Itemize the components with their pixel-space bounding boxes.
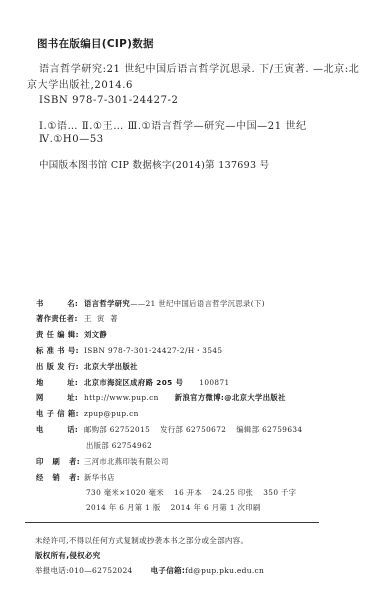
distributor-value: 新华书店 xyxy=(84,473,115,482)
format-words: 350 千字 xyxy=(263,488,296,497)
title-main: 语言哲学研究 xyxy=(84,299,130,308)
imprint-phone-row-2: 出版部 62754962 xyxy=(86,441,152,451)
format-kai: 16 开本 xyxy=(174,488,202,497)
imprint-publisher-row: 出 版 发 行:北京大学出版社 xyxy=(36,362,138,372)
cip-heading: 图书在版编目(CIP)数据 xyxy=(37,36,154,51)
cip-book-info-line1: 语言哲学研究:21 世纪中国后语言哲学沉思录. 下/王寅著. —北京:北 xyxy=(39,60,359,75)
imprint-phone-row: 电 话:邮购部 62752015发行部 62750672编辑部 62759634 xyxy=(36,425,302,435)
editor-label: 责 任 编 辑: xyxy=(36,330,84,340)
phone-publishing: 出版部 62754962 xyxy=(86,441,152,450)
weibo-value: @北京大学出版社 xyxy=(224,393,286,402)
imprint-distributor-row: 经 销 者:新华书店 xyxy=(36,473,115,483)
imprint-edition-row: 2014 年 6 月第 1 版2014 年 6 月第 1 次印刷 xyxy=(86,503,261,513)
imprint-email-row: 电 子 信 箱:zpup@pup.cn xyxy=(36,409,139,419)
first-printing: 2014 年 6 月第 1 次印刷 xyxy=(171,503,261,512)
imprint-format-row: 730 毫米×1020 毫米16 开本24.25 印张350 千字 xyxy=(86,488,297,498)
imprint-editor-row: 责 任 编 辑:刘文静 xyxy=(36,330,107,340)
publisher-label: 出 版 发 行: xyxy=(36,362,84,372)
cip-record-number: 中国版本图书馆 CIP 数据核字(2014)第 137693 号 xyxy=(39,157,269,171)
author-label: 著作责任者: xyxy=(36,314,84,324)
postcode: 100871 xyxy=(199,378,229,387)
cip-classification-2: Ⅳ.①H0—53 xyxy=(39,134,104,145)
printer-label: 印 刷 者: xyxy=(36,457,84,467)
imprint-title-row: 书 名:语言哲学研究——21 世纪中国后语言哲学沉思录(下) xyxy=(36,299,265,309)
author-value: 王 寅 著 xyxy=(84,314,118,323)
website-link[interactable]: http://www.pup.cn xyxy=(84,393,159,402)
imprint-isbn-row: 标 准 书 号:ISBN 978-7-301-24427-2/H・3545 xyxy=(36,346,222,356)
copyright-notice: 未经许可,不得以任何方式复制或抄袭本书之部分或全部内容。 xyxy=(35,535,248,546)
address-label: 地 址: xyxy=(36,378,84,388)
title-label: 书 名: xyxy=(36,299,84,309)
isbn-value: ISBN 978-7-301-24427-2/H・3545 xyxy=(84,346,222,355)
divider-rule xyxy=(25,522,319,523)
editor-value: 刘文静 xyxy=(84,330,107,339)
format-sheets: 24.25 印张 xyxy=(212,488,253,497)
report-email-label: 电子信箱: xyxy=(151,566,186,575)
phone-mail-order: 邮购部 62752015 xyxy=(84,425,150,434)
address-value: 北京市海淀区成府路 205 号 xyxy=(84,378,183,387)
email-link[interactable]: zpup@pup.cn xyxy=(84,409,139,418)
cip-book-info-line2: 京大学出版社,2014.6 xyxy=(27,76,133,91)
imprint-printer-row: 印 刷 者:三河市北燕印装有限公司 xyxy=(36,457,169,467)
report-contact-row: 举报电话:010—62752024电子信箱:fd@pup.pku.edu.cn xyxy=(35,565,264,576)
publisher-value: 北京大学出版社 xyxy=(84,362,138,371)
first-edition: 2014 年 6 月第 1 版 xyxy=(86,503,161,512)
cip-isbn: ISBN 978-7-301-24427-2 xyxy=(39,95,179,106)
rights-reserved: 版权所有,侵权必究 xyxy=(35,550,101,561)
title-subtitle: ——21 世纪中国后语言哲学沉思录(下) xyxy=(130,299,265,308)
imprint-author-row: 著作责任者:王 寅 著 xyxy=(36,314,118,324)
report-phone-label: 举报电话: xyxy=(35,566,69,575)
distributor-label: 经 销 者: xyxy=(36,473,84,483)
report-phone: 010—62752024 xyxy=(69,566,133,575)
email-label: 电 子 信 箱: xyxy=(36,409,84,419)
printer-value: 三河市北燕印装有限公司 xyxy=(84,457,169,466)
imprint-website-row: 网 址:http://www.pup.cn新浪官方微博:@北京大学出版社 xyxy=(36,393,286,403)
imprint-address-row: 地 址:北京市海淀区成府路 205 号100871 xyxy=(36,378,230,388)
cip-classification-1: Ⅰ.①语… Ⅱ.①王… Ⅲ.①语言哲学—研究—中国—21 世纪 xyxy=(39,117,307,132)
phone-editorial: 编辑部 62759634 xyxy=(236,425,302,434)
isbn-label: 标 准 书 号: xyxy=(36,346,84,356)
phone-distribution: 发行部 62750672 xyxy=(160,425,226,434)
phone-label: 电 话: xyxy=(36,425,84,435)
weibo-label: 新浪官方微博: xyxy=(175,393,225,402)
report-email[interactable]: fd@pup.pku.edu.cn xyxy=(185,566,264,575)
website-label: 网 址: xyxy=(36,393,84,403)
format-size: 730 毫米×1020 毫米 xyxy=(86,488,164,497)
